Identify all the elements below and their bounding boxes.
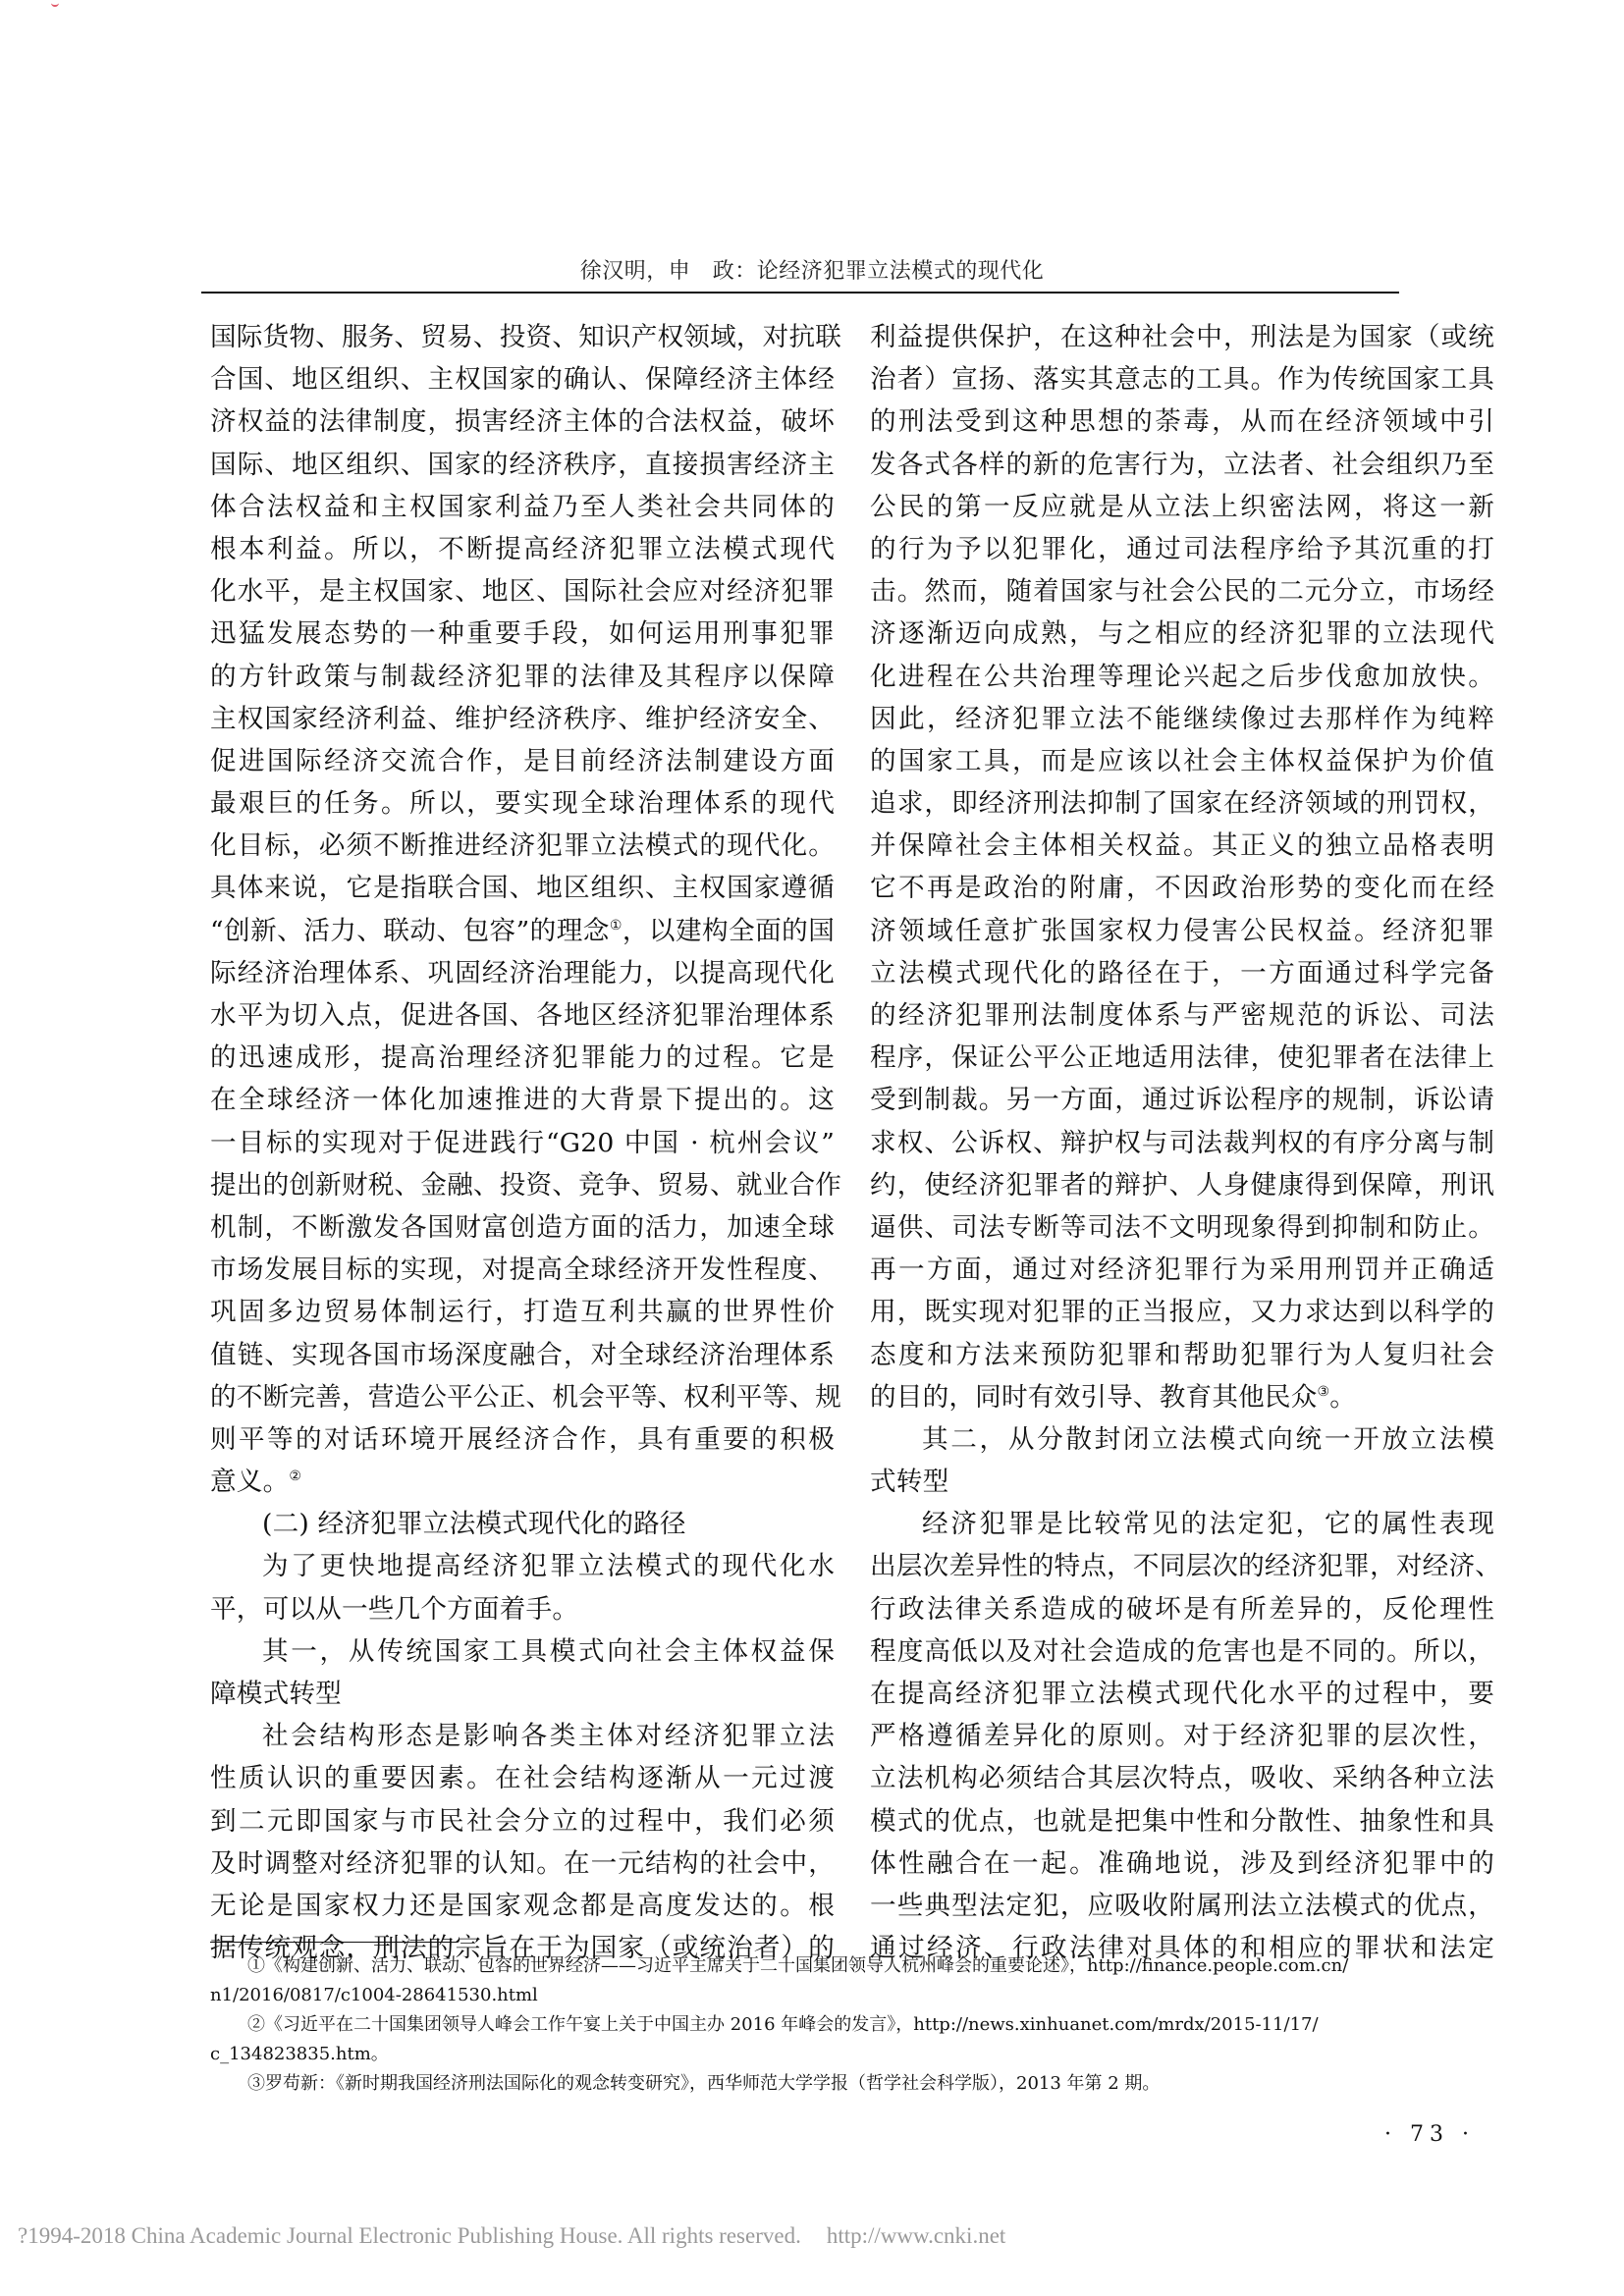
text-line: 的经济犯罪刑法制度体系与严密规范的诉讼、司法 bbox=[870, 994, 1494, 1037]
footnote-ref[interactable]: ③ bbox=[1318, 1384, 1330, 1400]
left-column: 国际货物、服务、贸易、投资、知识产权领域，对抗联合国、地区组织、主权国家的确认、… bbox=[210, 316, 835, 1969]
text-line: 济权益的法律制度，损害经济主体的合法权益，破坏 bbox=[210, 400, 835, 443]
text-line: 逼供、司法专断等司法不文明现象得到抑制和防止。 bbox=[870, 1206, 1494, 1249]
text-line: “创新、活力、联动、包容”的理念①，以建构全面的国 bbox=[210, 910, 835, 952]
text-line: 促进国际经济交流合作，是目前经济法制建设方面 bbox=[210, 740, 835, 782]
text-line: 在提高经济犯罪立法模式现代化水平的过程中，要 bbox=[870, 1673, 1494, 1715]
footnote-rule bbox=[210, 1942, 458, 1943]
text-line: 市场发展目标的实现，对提高全球经济开发性程度、 bbox=[210, 1249, 835, 1291]
text-line: 及时调整对经济犯罪的认知。在一元结构的社会中， bbox=[210, 1842, 835, 1885]
text-line: 体性融合在一起。准确地说，涉及到经济犯罪中的 bbox=[870, 1842, 1494, 1885]
text-line: 出层次差异性的特点，不同层次的经济犯罪，对经济、 bbox=[870, 1545, 1494, 1587]
text-line: 无论是国家权力还是国家观念都是高度发达的。根 bbox=[210, 1885, 835, 1927]
text-line: 的迅速成形，提高治理经济犯罪能力的过程。它是 bbox=[210, 1037, 835, 1079]
text-line: 的行为予以犯罪化，通过司法程序给予其沉重的打 bbox=[870, 528, 1494, 570]
text-line: 因此，经济犯罪立法不能继续像过去那样作为纯粹 bbox=[870, 698, 1494, 740]
text-line: (二) 经济犯罪立法模式现代化的路径 bbox=[210, 1503, 835, 1545]
text-line: 严格遵循差异化的原则。对于经济犯罪的层次性， bbox=[870, 1715, 1494, 1757]
text-line: 值链、实现各国市场深度融合，对全球经济治理体系 bbox=[210, 1334, 835, 1376]
right-column: 利益提供保护，在这种社会中，刑法是为国家（或统治者）宣扬、落实其意志的工具。作为… bbox=[870, 316, 1494, 1969]
text-line: 的不断完善，营造公平公正、机会平等、权利平等、规 bbox=[210, 1376, 835, 1418]
text-line: 发各式各样的新的危害行为，立法者、社会组织乃至 bbox=[870, 444, 1494, 486]
text-line: 治者）宣扬、落实其意志的工具。作为传统国家工具 bbox=[870, 358, 1494, 400]
text-line: 化水平，是主权国家、地区、国际社会应对经济犯罪 bbox=[210, 570, 835, 613]
text-line: 其二，从分散封闭立法模式向统一开放立法模 bbox=[870, 1418, 1494, 1461]
text-line: 根本利益。所以，不断提高经济犯罪立法模式现代 bbox=[210, 528, 835, 570]
footnote-ref[interactable]: ① bbox=[610, 918, 623, 934]
footnote-2: ②《习近平在二十国集团领导人峰会工作午宴上关于中国主办 2016 年峰会的发言》… bbox=[210, 2010, 1487, 2040]
text-line: 一目标的实现对于促进践行“G20 中国 · 杭州会议” bbox=[210, 1122, 835, 1164]
footnote-3: ③罗苟新：《新时期我国经济刑法国际化的观念转变研究》，西华师范大学学报（哲学社会… bbox=[210, 2069, 1487, 2099]
text-line: 模式的优点，也就是把集中性和分散性、抽象性和具 bbox=[870, 1800, 1494, 1842]
text-line: 障模式转型 bbox=[210, 1673, 835, 1715]
text-line: 用，既实现对犯罪的正当报应，又力求达到以科学的 bbox=[870, 1291, 1494, 1333]
text-line: 合国、地区组织、主权国家的确认、保障经济主体经 bbox=[210, 358, 835, 400]
text-line: 性质认识的重要因素。在社会结构逐渐从一元过渡 bbox=[210, 1757, 835, 1799]
footnote-1: ①《构建创新、活力、联动、包容的世界经济——习近平主席关于二十国集团领导人杭州峰… bbox=[210, 1951, 1487, 1981]
copyright-notice: ?1994-2018 China Academic Journal Electr… bbox=[18, 2223, 1005, 2249]
text-line: 求权、公诉权、辩护权与司法裁判权的有序分离与制 bbox=[870, 1122, 1494, 1164]
corner-mark bbox=[51, 0, 59, 7]
text-line: 体合法权益和主权国家利益乃至人类社会共同体的 bbox=[210, 486, 835, 528]
text-line: 的国家工具，而是应该以社会主体权益保护为价值 bbox=[870, 740, 1494, 782]
text-line: 受到制裁。另一方面，通过诉讼程序的规制，诉讼请 bbox=[870, 1079, 1494, 1121]
text-line: 并保障社会主体相关权益。其正义的独立品格表明 bbox=[870, 825, 1494, 867]
text-line: 程序，保证公平公正地适用法律，使犯罪者在法律上 bbox=[870, 1037, 1494, 1079]
text-line: 行政法律关系造成的破坏是有所差异的，反伦理性 bbox=[870, 1588, 1494, 1630]
text-line: 的刑法受到这种思想的荼毒，从而在经济领域中引 bbox=[870, 400, 1494, 443]
text-line: 国际、地区组织、国家的经济秩序，直接损害经济主 bbox=[210, 444, 835, 486]
footnote-1-continued: n1/2016/0817/c1004-28641530.html bbox=[210, 1981, 1487, 2010]
text-line: 具体来说，它是指联合国、地区组织、主权国家遵循 bbox=[210, 867, 835, 909]
text-line: 击。然而，随着国家与社会公民的二元分立，市场经 bbox=[870, 570, 1494, 613]
text-line: 主权国家经济利益、维护经济秩序、维护经济安全、 bbox=[210, 698, 835, 740]
text-line: 立法机构必须结合其层次特点，吸收、采纳各种立法 bbox=[870, 1757, 1494, 1799]
text-line: 机制，不断激发各国财富创造方面的活力，加速全球 bbox=[210, 1206, 835, 1249]
text-line: 再一方面，通过对经济犯罪行为采用刑罚并正确适 bbox=[870, 1249, 1494, 1291]
footnotes: ①《构建创新、活力、联动、包容的世界经济——习近平主席关于二十国集团领导人杭州峰… bbox=[210, 1951, 1487, 2099]
cnki-link[interactable]: http://www.cnki.net bbox=[827, 2223, 1005, 2248]
text-line: 一些典型法定犯，应吸收附属刑法立法模式的优点， bbox=[870, 1885, 1494, 1927]
page-number: · 73 · bbox=[1384, 2122, 1475, 2147]
text-line: 济逐渐迈向成熟，与之相应的经济犯罪的立法现代 bbox=[870, 613, 1494, 655]
text-line: 平，可以从一些几个方面着手。 bbox=[210, 1588, 835, 1630]
text-line: 经济犯罪是比较常见的法定犯，它的属性表现 bbox=[870, 1503, 1494, 1545]
footnote-ref[interactable]: ② bbox=[289, 1468, 301, 1484]
text-line: 式转型 bbox=[870, 1461, 1494, 1503]
text-line: 化目标，必须不断推进经济犯罪立法模式的现代化。 bbox=[210, 825, 835, 867]
text-line: 巩固多边贸易体制运行，打造互利共赢的世界性价 bbox=[210, 1291, 835, 1333]
running-head: 徐汉明，申 政：论经济犯罪立法模式的现代化 bbox=[0, 254, 1624, 285]
text-line: 的目的，同时有效引导、教育其他民众③。 bbox=[870, 1376, 1494, 1418]
text-line: 利益提供保护，在这种社会中，刑法是为国家（或统 bbox=[870, 316, 1494, 358]
header-rule bbox=[201, 292, 1399, 294]
text-line: 态度和方法来预防犯罪和帮助犯罪行为人复归社会 bbox=[870, 1334, 1494, 1376]
text-line: 国际货物、服务、贸易、投资、知识产权领域，对抗联 bbox=[210, 316, 835, 358]
text-line: 最艰巨的任务。所以，要实现全球治理体系的现代 bbox=[210, 782, 835, 825]
text-line: 济领域任意扩张国家权力侵害公民权益。经济犯罪 bbox=[870, 910, 1494, 952]
text-line: 其一，从传统国家工具模式向社会主体权益保 bbox=[210, 1630, 835, 1673]
footnote-2-continued: c_134823835.htm。 bbox=[210, 2040, 1487, 2069]
text-line: 在全球经济一体化加速推进的大背景下提出的。这 bbox=[210, 1079, 835, 1121]
text-line: 际经济治理体系、巩固经济治理能力，以提高现代化 bbox=[210, 952, 835, 994]
text-line: 水平为切入点，促进各国、各地区经济犯罪治理体系 bbox=[210, 994, 835, 1037]
text-line: 立法模式现代化的路径在于，一方面通过科学完备 bbox=[870, 952, 1494, 994]
text-line: 追求，即经济刑法抑制了国家在经济领域的刑罚权， bbox=[870, 782, 1494, 825]
text-line: 提出的创新财税、金融、投资、竞争、贸易、就业合作 bbox=[210, 1164, 835, 1206]
text-line: 为了更快地提高经济犯罪立法模式的现代化水 bbox=[210, 1545, 835, 1587]
text-line: 意义。② bbox=[210, 1461, 835, 1503]
text-line: 约，使经济犯罪者的辩护、人身健康得到保障，刑讯 bbox=[870, 1164, 1494, 1206]
text-line: 化进程在公共治理等理论兴起之后步伐愈加放快。 bbox=[870, 656, 1494, 698]
text-line: 它不再是政治的附庸，不因政治形势的变化而在经 bbox=[870, 867, 1494, 909]
text-line: 社会结构形态是影响各类主体对经济犯罪立法 bbox=[210, 1715, 835, 1757]
text-line: 则平等的对话环境开展经济合作，具有重要的积极 bbox=[210, 1418, 835, 1461]
text-line: 的方针政策与制裁经济犯罪的法律及其程序以保障 bbox=[210, 656, 835, 698]
copyright-text: ?1994-2018 China Academic Journal Electr… bbox=[18, 2223, 801, 2248]
text-line: 到二元即国家与市民社会分立的过程中，我们必须 bbox=[210, 1800, 835, 1842]
text-line: 公民的第一反应就是从立法上织密法网，将这一新 bbox=[870, 486, 1494, 528]
text-line: 迅猛发展态势的一种重要手段，如何运用刑事犯罪 bbox=[210, 613, 835, 655]
text-line: 程度高低以及对社会造成的危害也是不同的。所以， bbox=[870, 1630, 1494, 1673]
